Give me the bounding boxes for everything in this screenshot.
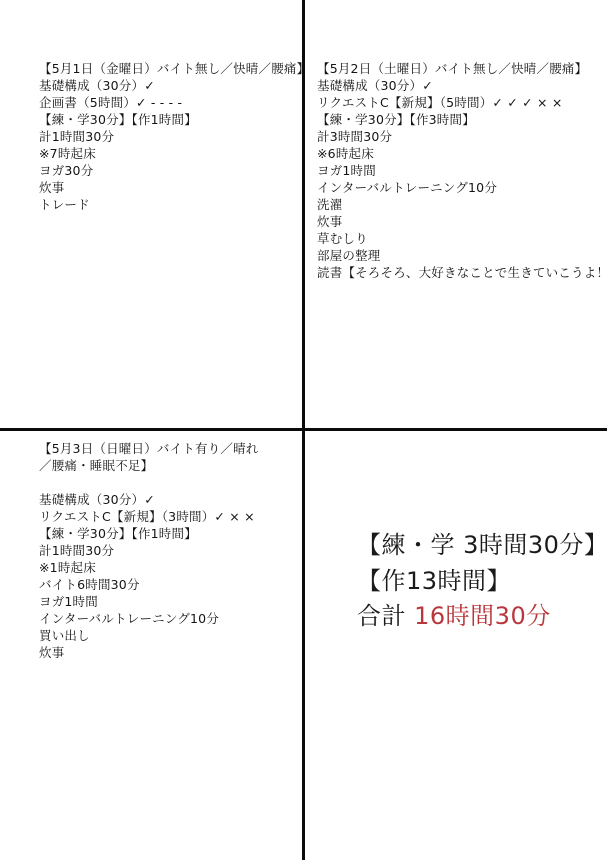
entry-line: ヨガ1時間: [317, 162, 607, 179]
entry-may3: 【5月3日（日曜日）バイト有り／晴れ ／腰痛・睡眠不足】 基礎構成（30分）✓ …: [39, 440, 259, 661]
entry-line: バイト6時間30分: [39, 576, 259, 593]
entry-line: インターバルトレーニング10分: [317, 179, 607, 196]
entry-line: 買い出し: [39, 627, 259, 644]
entry-may2: 【5月2日（土曜日）バイト無し／快晴／腰痛】 基礎構成（30分）✓ リクエストC…: [317, 60, 607, 281]
entry-line: 炊事: [39, 644, 259, 661]
entry-line: 計1時間30分: [39, 128, 309, 145]
entry-header: 【5月3日（日曜日）バイト有り／晴れ: [39, 440, 259, 457]
entry-line: ヨガ1時間: [39, 593, 259, 610]
grand-total-label: 合計: [357, 602, 414, 630]
entry-line: ヨガ30分: [39, 162, 309, 179]
entry-line: 炊事: [317, 213, 607, 230]
entry-line: 基礎構成（30分）✓: [317, 77, 607, 94]
entry-line: 炊事: [39, 179, 309, 196]
summary-work-total: 【作13時間】: [357, 564, 607, 600]
entry-line: 【練・学30分】【作1時間】: [39, 111, 309, 128]
entry-line: 計1時間30分: [39, 542, 259, 559]
entry-line: インターバルトレーニング10分: [39, 610, 259, 627]
entry-blank-line: [39, 474, 259, 491]
entry-line: 基礎構成（30分）✓: [39, 77, 309, 94]
entry-line: 【練・学30分】【作1時間】: [39, 525, 259, 542]
summary-practice-study-total: 【練・学 3時間30分】: [357, 528, 607, 564]
entry-line: ※1時起床: [39, 559, 259, 576]
entry-line: 基礎構成（30分）✓: [39, 491, 259, 508]
entry-may1: 【5月1日（金曜日）バイト無し／快晴／腰痛】 基礎構成（30分）✓ 企画書（5時…: [39, 60, 309, 213]
entry-line: 洗濯: [317, 196, 607, 213]
entry-line: 企画書（5時間）✓ - - - -: [39, 94, 309, 111]
summary-grand-total: 合計 16時間30分: [357, 599, 607, 635]
entry-header: 【5月2日（土曜日）バイト無し／快晴／腰痛】: [317, 60, 607, 77]
journal-page: 【5月1日（金曜日）バイト無し／快晴／腰痛】 基礎構成（30分）✓ 企画書（5時…: [0, 0, 607, 860]
grand-total-value: 16時間30分: [414, 602, 551, 630]
entry-line: ※7時起床: [39, 145, 309, 162]
weekly-summary: 【練・学 3時間30分】 【作13時間】 合計 16時間30分: [357, 528, 607, 635]
entry-line: リクエストC【新規】（5時間）✓ ✓ ✓ × ×: [317, 94, 607, 111]
entry-line: ※6時起床: [317, 145, 607, 162]
entry-line: トレード: [39, 196, 309, 213]
entry-line: 読書【そろそろ、大好きなことで生きていこうよ！】: [317, 264, 607, 281]
entry-line: 計3時間30分: [317, 128, 607, 145]
entry-header: ／腰痛・睡眠不足】: [39, 457, 259, 474]
entry-line: 【練・学30分】【作3時間】: [317, 111, 607, 128]
entry-line: 部屋の整理: [317, 247, 607, 264]
entry-line: リクエストC【新規】（3時間）✓ × ×: [39, 508, 259, 525]
entry-line: 草むしり: [317, 230, 607, 247]
quadrant-divider-horizontal: [0, 428, 607, 431]
entry-header: 【5月1日（金曜日）バイト無し／快晴／腰痛】: [39, 60, 309, 77]
